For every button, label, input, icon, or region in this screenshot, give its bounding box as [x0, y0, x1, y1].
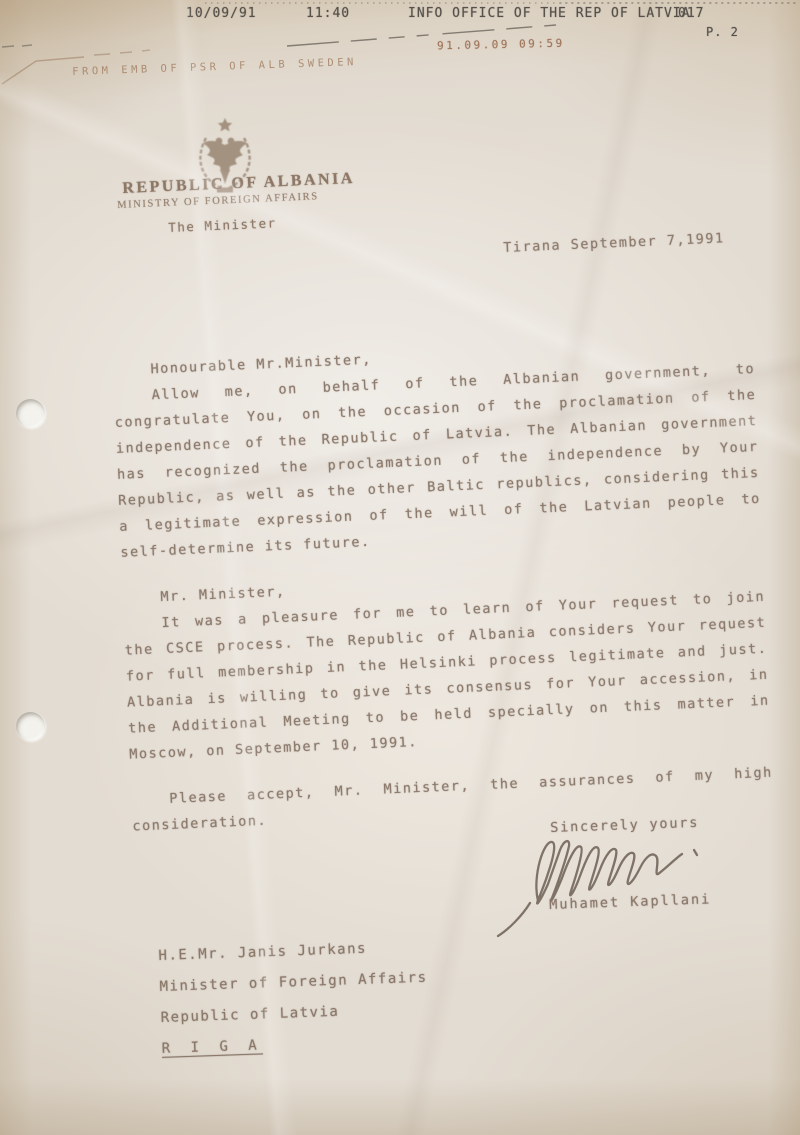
fax-time: 11:40 [306, 6, 350, 21]
punch-hole-top [16, 399, 45, 428]
letter-body: Honourable Mr.Minister,Allow me, on beha… [112, 330, 775, 860]
signature-scribble [480, 828, 740, 948]
dateline: Tirana September 7,1991 [503, 230, 725, 256]
fax-code: 017 [678, 6, 704, 21]
fax-stamp: 91.09.09 09:59 [437, 37, 565, 53]
paragraph: Mr. Minister,It was a pleasure for me to… [122, 558, 771, 768]
punch-hole-bottom [16, 712, 45, 741]
letterhead-minister-title: The Minister [168, 215, 277, 235]
fax-date: 10/09/91 [186, 6, 257, 21]
fax-sender: INFO OFFICE OF THE REP OF LATVIA [408, 6, 690, 21]
fax-page-number: P. 2 [706, 25, 739, 39]
scanned-fax-letter: { "fax_header": { "date": "10/09/91", "t… [0, 0, 800, 1135]
recipient-lines: H.E.Mr. Janis JurkansMinister of Foreign… [158, 932, 429, 1034]
paragraph: Honourable Mr.Minister,Allow me, on beha… [112, 330, 762, 566]
recipient-block: H.E.Mr. Janis JurkansMinister of Foreign… [158, 932, 430, 1065]
